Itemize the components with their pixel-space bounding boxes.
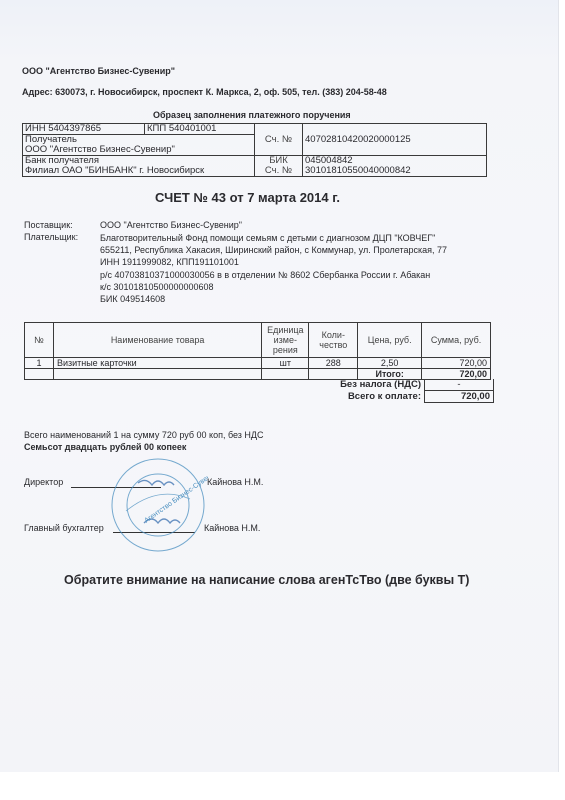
corr-label: Сч. № xyxy=(255,166,303,177)
kpp-cell: КПП 540401001 xyxy=(145,124,255,135)
total-label: Всего к оплате: xyxy=(250,391,425,403)
col-qty: Коли- чество xyxy=(309,323,358,358)
notice-text: Обратите внимание на написание слова аге… xyxy=(64,573,469,587)
col-unit: Единица изме- рения xyxy=(262,323,309,358)
col-sum: Сумма, руб. xyxy=(422,323,491,358)
col-num: № xyxy=(25,323,54,358)
company-address: Адрес: 630073, г. Новосибирск, проспект … xyxy=(22,87,387,97)
col-name: Наименование товара xyxy=(53,323,261,358)
svg-text:Агентство Бизнес-Сувенир: Агентство Бизнес-Сувенир xyxy=(143,469,208,525)
itogo-row: Итого: 720,00 xyxy=(25,369,491,380)
summary-amount-words: Семьсот двадцать рублей 00 копеек xyxy=(24,442,186,452)
director-name: Кайнова Н.М. xyxy=(207,477,263,487)
goods-header-row: № Наименование товара Единица изме- рени… xyxy=(25,323,491,358)
itogo-label: Итого: xyxy=(358,369,422,380)
row-unit: шт xyxy=(262,358,309,369)
payment-sample-title: Образец заполнения платежного поручения xyxy=(153,110,351,120)
corr-value: 30101810550040000842 xyxy=(303,166,487,177)
totals-table: Без налога (НДС) - Всего к оплате: 720,0… xyxy=(250,379,494,403)
summary-line: Всего наименований 1 на сумму 720 руб 00… xyxy=(24,430,264,440)
accountant-label: Главный бухгалтер xyxy=(24,523,104,533)
invoice-title: СЧЕТ № 43 от 7 марта 2014 г. xyxy=(155,190,340,205)
supplier-label: Поставщик: xyxy=(24,220,73,230)
account-label: Сч. № xyxy=(255,124,303,156)
payer-line: к/с 30101810500000000608 xyxy=(100,281,447,293)
itogo-value: 720,00 xyxy=(422,369,491,380)
payer-label: Плательщик: xyxy=(24,232,78,242)
row-sum: 720,00 xyxy=(422,358,491,369)
payer-line: Благотворительный Фонд помощи семьям с д… xyxy=(100,232,447,244)
inn-cell: ИНН 5404397865 xyxy=(23,124,145,135)
table-row: 1 Визитные карточки шт 288 2,50 720,00 xyxy=(25,358,491,369)
director-label: Директор xyxy=(24,477,63,487)
row-num: 1 xyxy=(25,358,54,369)
payment-sample-table: ИНН 5404397865 КПП 540401001 Сч. № 40702… xyxy=(22,123,487,177)
accountant-name: Кайнова Н.М. xyxy=(204,523,260,533)
recipient-value: ООО "Агентство Бизнес-Сувенир" xyxy=(23,145,255,156)
col-price: Цена, руб. xyxy=(358,323,422,358)
payer-line: 655211, Республика Хакасия, Ширинский ра… xyxy=(100,244,447,256)
company-name: ООО "Агентство Бизнес-Сувенир" xyxy=(22,66,175,76)
payer-details: Благотворительный Фонд помощи семьям с д… xyxy=(100,232,447,305)
row-price: 2,50 xyxy=(358,358,422,369)
vat-label: Без налога (НДС) xyxy=(250,379,425,391)
row-name: Визитные карточки xyxy=(53,358,261,369)
supplier-value: ООО "Агентство Бизнес-Сувенир" xyxy=(100,220,242,230)
row-qty: 288 xyxy=(309,358,358,369)
account-value: 40702810420020000125 xyxy=(303,124,487,156)
payer-line: ИНН 1911999082, КПП191101001 xyxy=(100,256,447,268)
payer-line: р/с 40703810371000030056 в в отделении №… xyxy=(100,269,447,281)
bank-value: Филиал ОАО "БИНБАНК" г. Новосибирск xyxy=(23,166,255,177)
total-value: 720,00 xyxy=(425,391,494,403)
goods-table: № Наименование товара Единица изме- рени… xyxy=(24,322,491,380)
payer-line: БИК 049514608 xyxy=(100,293,447,305)
vat-value: - xyxy=(425,379,494,391)
company-stamp-icon: Агентство Бизнес-Сувенир xyxy=(108,455,208,555)
